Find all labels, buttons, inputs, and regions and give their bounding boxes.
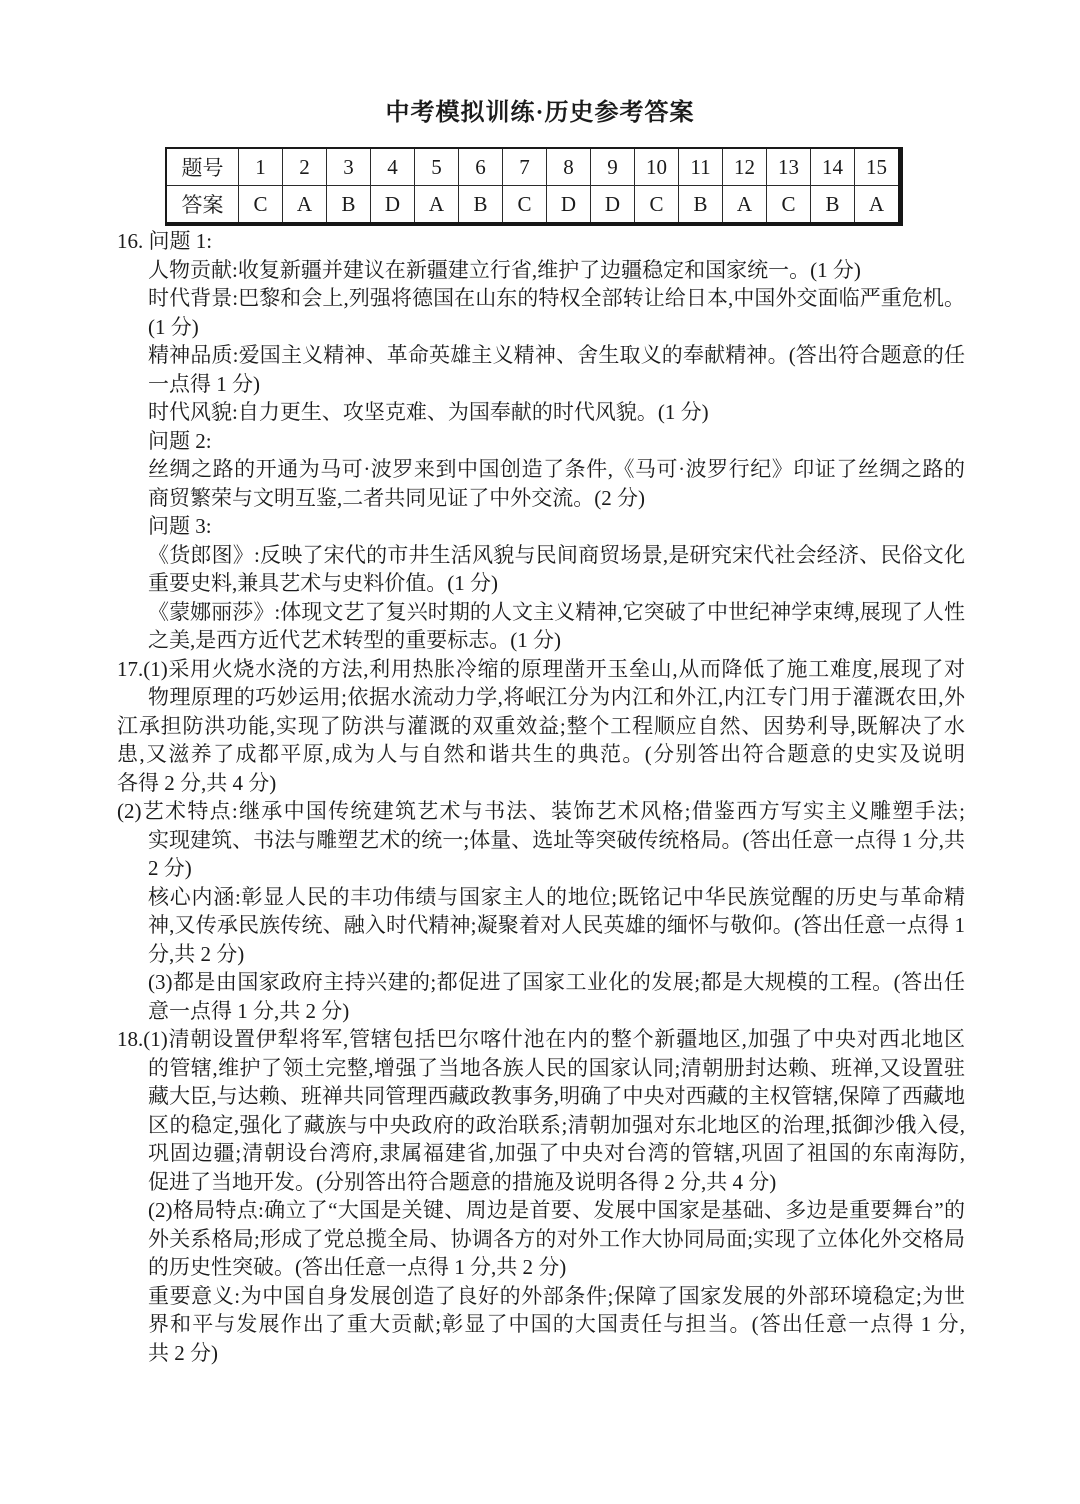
answer-cell: A (415, 186, 459, 225)
answer-cell: D (591, 186, 635, 225)
question-number-cell: 5 (415, 148, 459, 186)
question-number-cell: 10 (635, 148, 679, 186)
text-line: 核心内涵:彰显人民的丰功伟绩与国家主人的地位;既铭记中华民族觉醒的历史与革命精 (117, 883, 965, 912)
answer-cell: B (811, 186, 855, 225)
question-number-cell: 8 (547, 148, 591, 186)
text-line: 区的稳定,强化了藏族与中央政府的政治联系;清朝加强对东北地区的治理,抵御沙俄入侵… (117, 1111, 965, 1140)
text-line: 丝绸之路的开通为马可·波罗来到中国创造了条件,《马可·波罗行纪》印证了丝绸之路的 (117, 455, 965, 484)
answer-cell: D (547, 186, 591, 225)
text-line: 的管辖,维护了领土完整,增强了当地各族人民的国家认同;清朝册封达赖、班禅,又设置… (117, 1054, 965, 1083)
text-line: 问题 2: (117, 427, 965, 456)
question-number-label: 题号 (166, 148, 239, 186)
text-line: 共 2 分) (117, 1339, 965, 1368)
text-line: 18.(1)清朝设置伊犁将军,管辖包括巴尔喀什池在内的整个新疆地区,加强了中央对… (117, 1025, 965, 1054)
text-line: 巩固边疆;清朝设台湾府,隶属福建省,加强了中央对台湾的管辖,巩固了祖国的东南海防… (117, 1139, 965, 1168)
answer-cell: D (371, 186, 415, 225)
text-line: 分,共 2 分) (117, 940, 965, 969)
text-line: 藏大臣,与达赖、班禅共同管理西藏政教事务,明确了中央对西藏的主权管辖,保障了西藏… (117, 1082, 965, 1111)
page-title: 中考模拟训练·历史参考答案 (0, 92, 1080, 127)
text-line: 意一点得 1 分,共 2 分) (117, 997, 965, 1026)
text-line: 各得 2 分,共 4 分) (117, 769, 965, 798)
text-line: 一点得 1 分) (117, 370, 965, 399)
text-line: 的历史性突破。(答出任意一点得 1 分,共 2 分) (117, 1253, 965, 1282)
answer-key-table-body: 题号123456789101112131415答案CABDABCDDCBACBA (166, 148, 901, 224)
text-line: 实现建筑、书法与雕塑艺术的统一;体量、选址等突破传统格局。(答出任意一点得 1 … (117, 826, 965, 855)
question-number-cell: 9 (591, 148, 635, 186)
text-line: 时代风貌:自力更生、攻坚克难、为国奉献的时代风貌。(1 分) (117, 398, 965, 427)
text-line: 外关系格局;形成了党总揽全局、协调各方的对外工作大协同局面;实现了立体化外交格局 (117, 1225, 965, 1254)
text-line: 《货郎图》:反映了宋代的市井生活风貌与民间商贸场景,是研究宋代社会经济、民俗文化… (117, 541, 965, 570)
question-number-cell: 12 (723, 148, 767, 186)
text-line: (2)艺术特点:继承中国传统建筑艺术与书法、装饰艺术风格;借鉴西方写实主义雕塑手… (117, 797, 965, 826)
question-number-cell: 2 (283, 148, 327, 186)
text-line: 17.(1)采用火烧水浇的方法,利用热胀冷缩的原理凿开玉垒山,从而降低了施工难度… (117, 655, 965, 684)
answer-cell: C (503, 186, 547, 225)
text-line: 江承担防洪功能,实现了防洪与灌溉的双重效益;整个工程顺应自然、因势利导,既解决了… (117, 712, 965, 741)
question-number-cell: 13 (767, 148, 811, 186)
answer-cell: C (767, 186, 811, 225)
question-number-cell: 1 (239, 148, 283, 186)
text-line: (1 分) (117, 313, 965, 342)
text-line: 神,又传承民族传统、融入时代精神;凝聚着对人民英雄的缅怀与敬仰。(答出任意一点得… (117, 911, 965, 940)
text-line: (3)都是由国家政府主持兴建的;都促进了国家工业化的发展;都是大规模的工程。(答… (117, 968, 965, 997)
question-number-cell: 15 (855, 148, 901, 186)
text-line: 《蒙娜丽莎》:体现文艺了复兴时期的人文主义精神,它突破了中世纪神学束缚,展现了人… (117, 598, 965, 627)
text-line: 重要史料,兼具艺术与史料价值。(1 分) (117, 569, 965, 598)
table-row: 题号123456789101112131415 (166, 148, 901, 186)
text-line: 之美,是西方近代艺术转型的重要标志。(1 分) (117, 626, 965, 655)
document-page: 中考模拟训练·历史参考答案 题号123456789101112131415答案C… (0, 0, 1080, 1504)
answer-cell: B (679, 186, 723, 225)
text-line: 促进了当地开发。(分别答出符合题意的措施及说明各得 2 分,共 4 分) (117, 1168, 965, 1197)
text-line: 重要意义:为中国自身发展创造了良好的外部条件;保障了国家发展的外部环境稳定;为世 (117, 1282, 965, 1311)
text-line: 时代背景:巴黎和会上,列强将德国在山东的特权全部转让给日本,中国外交面临严重危机… (117, 284, 965, 313)
text-line: 精神品质:爱国主义精神、革命英雄主义精神、舍生取义的奉献精神。(答出符合题意的任… (117, 341, 965, 370)
question-number-cell: 3 (327, 148, 371, 186)
question-number-cell: 11 (679, 148, 723, 186)
text-line: 界和平与发展作出了重大贡献;彰显了中国的大国责任与担当。(答出任意一点得 1 分… (117, 1310, 965, 1339)
answer-cell: A (283, 186, 327, 225)
question-number-cell: 4 (371, 148, 415, 186)
text-line: 2 分) (117, 854, 965, 883)
answer-label: 答案 (166, 186, 239, 225)
answer-key-table: 题号123456789101112131415答案CABDABCDDCBACBA (165, 147, 903, 226)
table-row: 答案CABDABCDDCBACBA (166, 186, 901, 225)
text-line: (2)格局特点:确立了“大国是关键、周边是首要、发展中国家是基础、多边是重要舞台… (117, 1196, 965, 1225)
question-number-cell: 6 (459, 148, 503, 186)
text-line: 问题 3: (117, 512, 965, 541)
answer-cell: A (855, 186, 901, 225)
answer-cell: C (635, 186, 679, 225)
question-number-cell: 7 (503, 148, 547, 186)
text-line: 患,又滋养了成都平原,成为人与自然和谐共生的典范。(分别答出符合题意的史实及说明 (117, 740, 965, 769)
text-line: 商贸繁荣与文明互鉴,二者共同见证了中外交流。(2 分) (117, 484, 965, 513)
text-line: 人物贡献:收复新疆并建议在新疆建立行省,维护了边疆稳定和国家统一。(1 分) (117, 256, 965, 285)
text-line: 物理原理的巧妙运用;依据水流动力学,将岷江分为内江和外江,内江专门用于灌溉农田,… (117, 683, 965, 712)
answer-cell: B (459, 186, 503, 225)
question-number-cell: 14 (811, 148, 855, 186)
answer-cell: A (723, 186, 767, 225)
text-line: 16. 问题 1: (117, 227, 965, 256)
answer-cell: C (239, 186, 283, 225)
answer-text: 16. 问题 1:人物贡献:收复新疆并建议在新疆建立行省,维护了边疆稳定和国家统… (117, 227, 965, 1367)
answer-cell: B (327, 186, 371, 225)
